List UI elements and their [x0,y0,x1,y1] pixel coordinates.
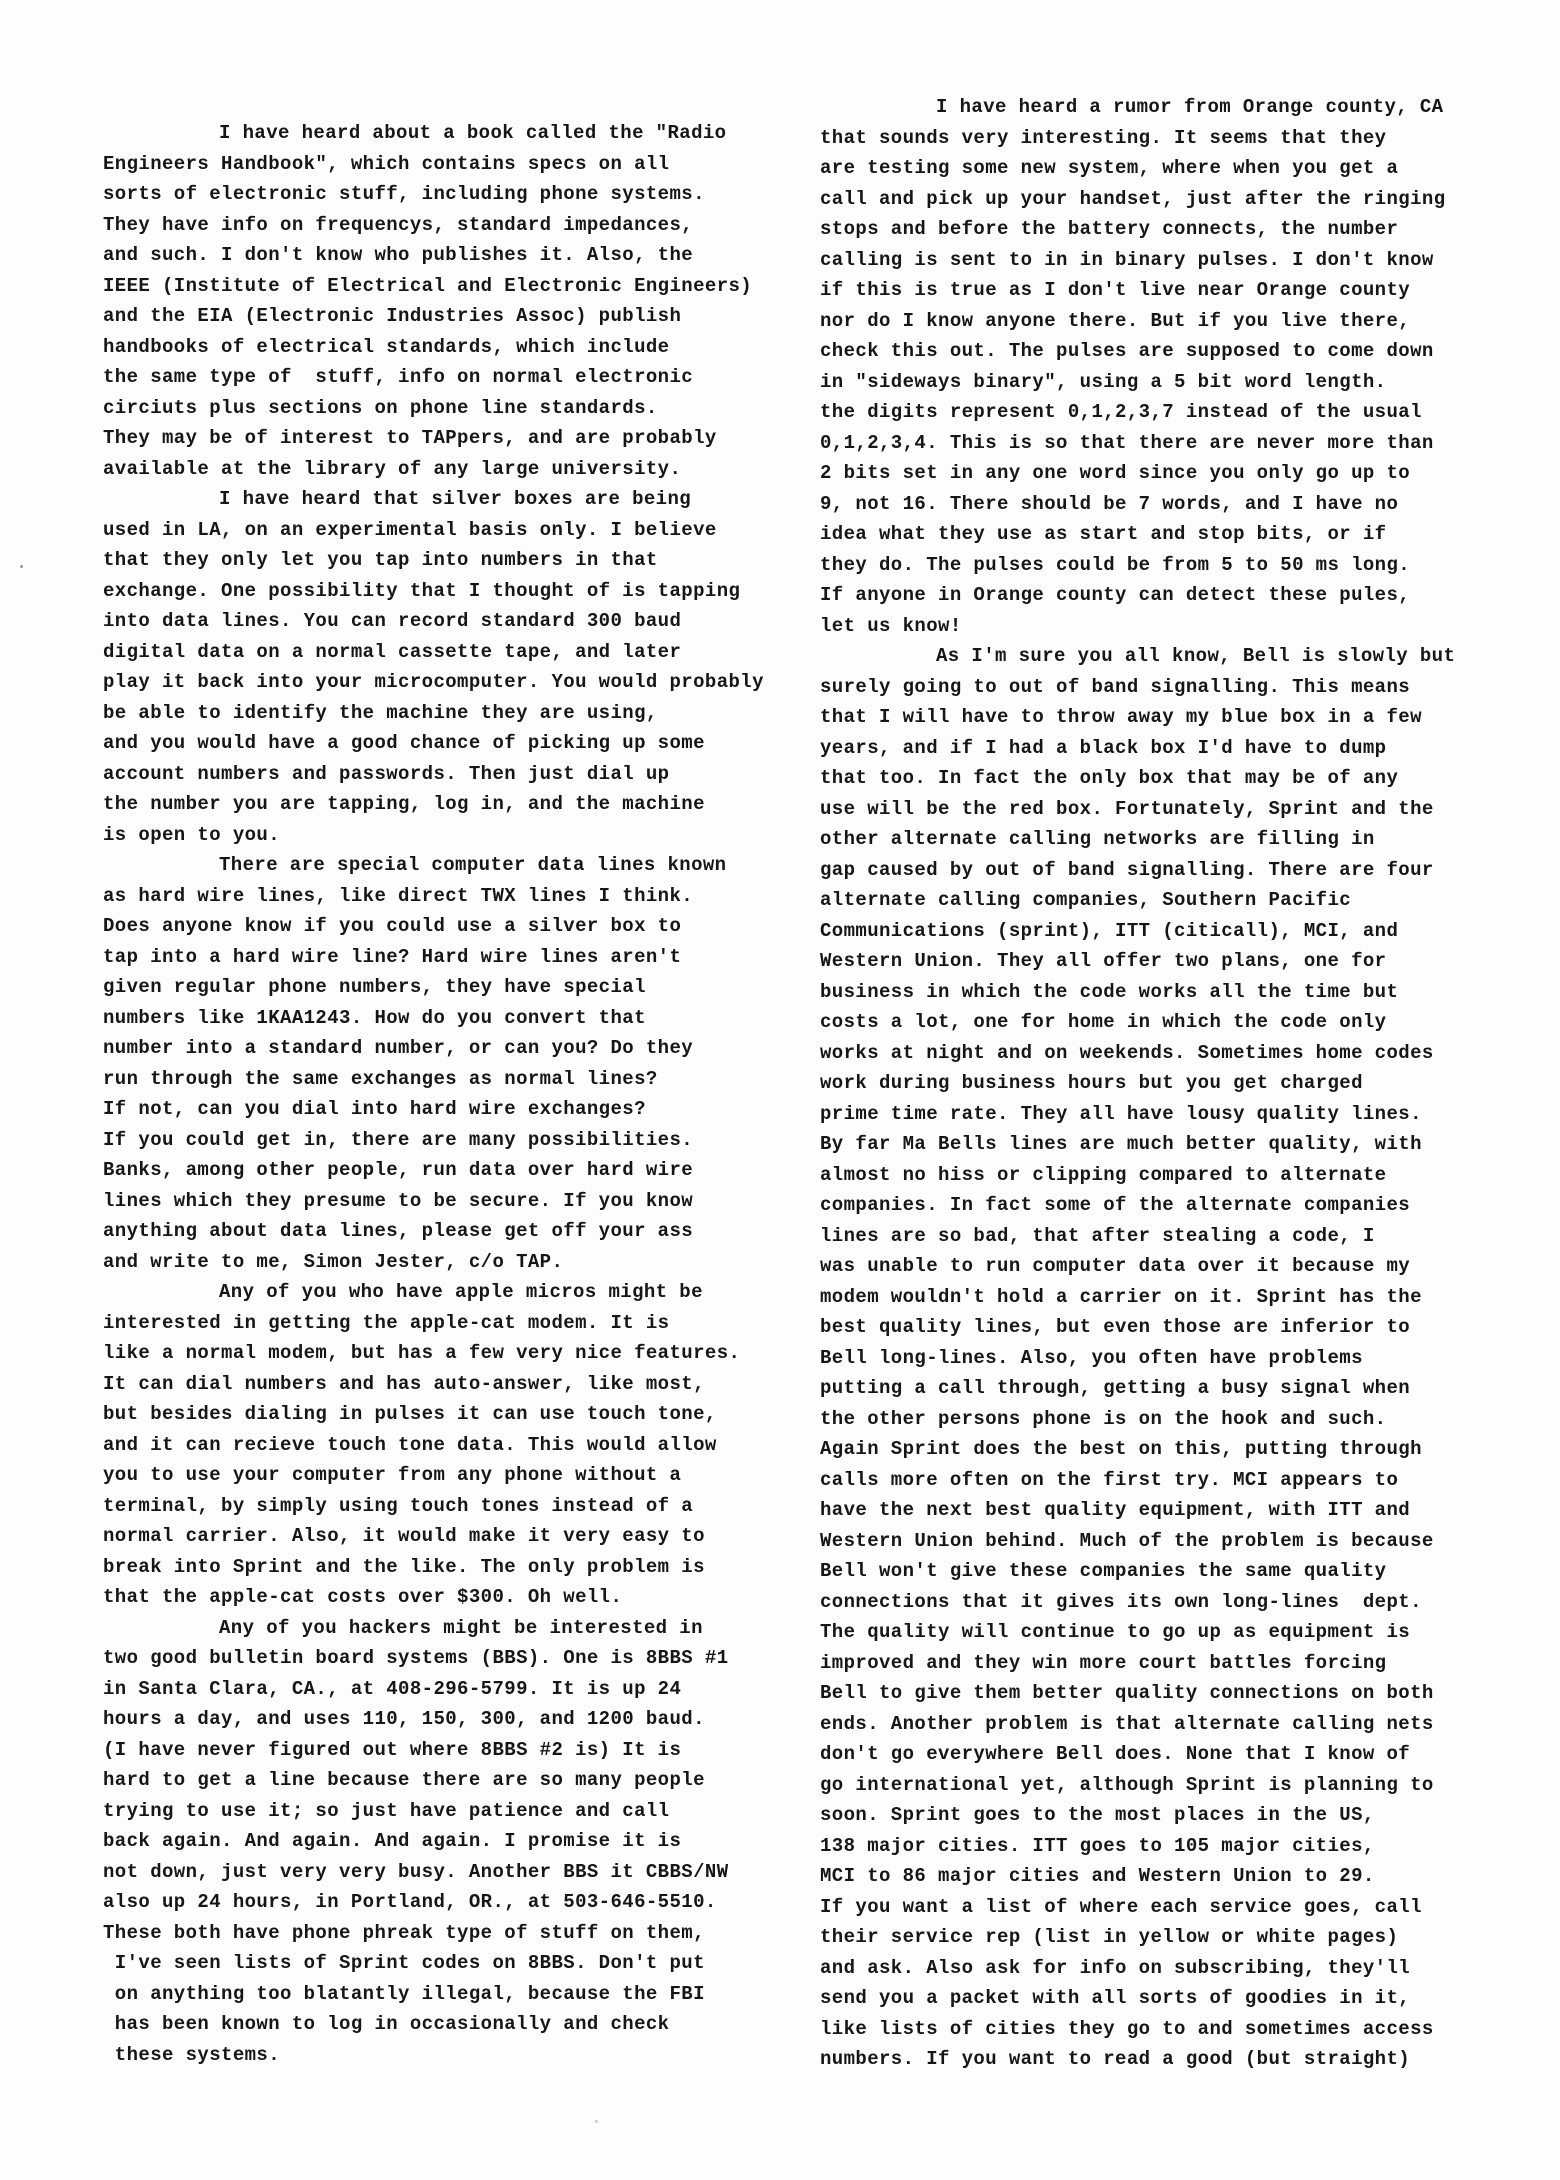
text-line: check this out. The pulses are supposed … [820,336,1520,367]
text-line: you to use your computer from any phone … [103,1460,803,1491]
text-line: Banks, among other people, run data over… [103,1155,803,1186]
text-line: and it can recieve touch tone data. This… [103,1430,803,1461]
text-line: They may be of interest to TAPpers, and … [103,423,803,454]
text-line: Bell won't give these companies the same… [820,1556,1520,1587]
text-line: hard to get a line because there are so … [103,1765,803,1796]
text-line: As I'm sure you all know, Bell is slowly… [820,641,1520,672]
text-line: putting a call through, getting a busy s… [820,1373,1520,1404]
text-line: the digits represent 0,1,2,3,7 instead o… [820,397,1520,428]
text-line: almost no hiss or clipping compared to a… [820,1160,1520,1191]
text-line: idea what they use as start and stop bit… [820,519,1520,550]
text-line: 2 bits set in any one word since you onl… [820,458,1520,489]
text-line: Any of you hackers might be interested i… [103,1613,803,1644]
text-line: costs a lot, one for home in which the c… [820,1007,1520,1038]
text-line: if this is true as I don't live near Ora… [820,275,1520,306]
text-line: given regular phone numbers, they have s… [103,972,803,1003]
text-line: companies. In fact some of the alternate… [820,1190,1520,1221]
paragraph: I have heard about a book called the "Ra… [103,118,803,484]
text-line: handbooks of electrical standards, which… [103,332,803,363]
text-line: on anything too blatantly illegal, becau… [103,1979,803,2010]
text-line: MCI to 86 major cities and Western Union… [820,1861,1520,1892]
text-line: I have heard that silver boxes are being [103,484,803,515]
text-line: soon. Sprint goes to the most places in … [820,1800,1520,1831]
text-line: IEEE (Institute of Electrical and Electr… [103,271,803,302]
text-line: Bell to give them better quality connect… [820,1678,1520,1709]
text-line: I have heard about a book called the "Ra… [103,118,803,149]
text-line: alternate calling companies, Southern Pa… [820,885,1520,916]
paragraph: I have heard that silver boxes are being… [103,484,803,850]
scan-speck [595,2120,598,2123]
text-line: I have heard a rumor from Orange county,… [820,92,1520,123]
text-line: improved and they win more court battles… [820,1648,1520,1679]
text-line: as hard wire lines, like direct TWX line… [103,881,803,912]
text-line: terminal, by simply using touch tones in… [103,1491,803,1522]
text-line: the other persons phone is on the hook a… [820,1404,1520,1435]
text-line: used in LA, on an experimental basis onl… [103,515,803,546]
right-column: I have heard a rumor from Orange county,… [820,92,1520,2075]
text-line: connections that it gives its own long-l… [820,1587,1520,1618]
text-line: normal carrier. Also, it would make it v… [103,1521,803,1552]
text-line: 0,1,2,3,4. This is so that there are nev… [820,428,1520,459]
text-line: Western Union behind. Much of the proble… [820,1526,1520,1557]
scanned-newsletter-page: I have heard about a book called the "Ra… [0,0,1560,2180]
text-line: exchange. One possibility that I thought… [103,576,803,607]
text-line: business in which the code works all the… [820,977,1520,1008]
text-line: These both have phone phreak type of stu… [103,1918,803,1949]
text-line: sorts of electronic stuff, including pho… [103,179,803,210]
text-line: They have info on frequencys, standard i… [103,210,803,241]
text-line: If not, can you dial into hard wire exch… [103,1094,803,1125]
text-line: I've seen lists of Sprint codes on 8BBS.… [103,1948,803,1979]
text-line: has been known to log in occasionally an… [103,2009,803,2040]
text-line: best quality lines, but even those are i… [820,1312,1520,1343]
text-line: modem wouldn't hold a carrier on it. Spr… [820,1282,1520,1313]
text-line: hours a day, and uses 110, 150, 300, and… [103,1704,803,1735]
text-line: but besides dialing in pulses it can use… [103,1399,803,1430]
text-line: By far Ma Bells lines are much better qu… [820,1129,1520,1160]
text-line: into data lines. You can record standard… [103,606,803,637]
text-line: that I will have to throw away my blue b… [820,702,1520,733]
text-line: works at night and on weekends. Sometime… [820,1038,1520,1069]
text-line: numbers. If you want to read a good (but… [820,2044,1520,2075]
text-line: work during business hours but you get c… [820,1068,1520,1099]
text-line: calling is sent to in in binary pulses. … [820,245,1520,276]
text-line: years, and if I had a black box I'd have… [820,733,1520,764]
text-line: that they only let you tap into numbers … [103,545,803,576]
paragraph: There are special computer data lines kn… [103,850,803,1277]
paragraph: Any of you who have apple micros might b… [103,1277,803,1613]
text-line: back again. And again. And again. I prom… [103,1826,803,1857]
text-line: use will be the red box. Fortunately, Sp… [820,794,1520,825]
text-line: It can dial numbers and has auto-answer,… [103,1369,803,1400]
text-line: these systems. [103,2040,803,2071]
text-line: like lists of cities they go to and some… [820,2014,1520,2045]
text-line: go international yet, although Sprint is… [820,1770,1520,1801]
text-line: lines which they presume to be secure. I… [103,1186,803,1217]
text-line: tap into a hard wire line? Hard wire lin… [103,942,803,973]
text-line: surely going to out of band signalling. … [820,672,1520,703]
text-line: two good bulletin board systems (BBS). O… [103,1643,803,1674]
paragraph: Any of you hackers might be interested i… [103,1613,803,2071]
text-line: in "sideways binary", using a 5 bit word… [820,367,1520,398]
text-line: If you could get in, there are many poss… [103,1125,803,1156]
text-line: other alternate calling networks are fil… [820,824,1520,855]
text-line: is open to you. [103,820,803,851]
text-line: Engineers Handbook", which contains spec… [103,149,803,180]
text-line: have the next best quality equipment, wi… [820,1495,1520,1526]
text-line: Bell long-lines. Also, you often have pr… [820,1343,1520,1374]
text-line: break into Sprint and the like. The only… [103,1552,803,1583]
text-line: circiuts plus sections on phone line sta… [103,393,803,424]
text-line: digital data on a normal cassette tape, … [103,637,803,668]
text-line: nor do I know anyone there. But if you l… [820,306,1520,337]
text-line: let us know! [820,611,1520,642]
text-line: the number you are tapping, log in, and … [103,789,803,820]
text-line: (I have never figured out where 8BBS #2 … [103,1735,803,1766]
left-column: I have heard about a book called the "Ra… [103,118,803,2070]
text-line: and you would have a good chance of pick… [103,728,803,759]
text-line: be able to identify the machine they are… [103,698,803,729]
text-line: not down, just very very busy. Another B… [103,1857,803,1888]
text-line: and write to me, Simon Jester, c/o TAP. [103,1247,803,1278]
text-line: trying to use it; so just have patience … [103,1796,803,1827]
text-line: send you a packet with all sorts of good… [820,1983,1520,2014]
text-line: There are special computer data lines kn… [103,850,803,881]
text-line: don't go everywhere Bell does. None that… [820,1739,1520,1770]
text-line: calls more often on the first try. MCI a… [820,1465,1520,1496]
text-line: and such. I don't know who publishes it.… [103,240,803,271]
text-line: play it back into your microcomputer. Yo… [103,667,803,698]
text-line: run through the same exchanges as normal… [103,1064,803,1095]
text-line: Does anyone know if you could use a silv… [103,911,803,942]
text-line: they do. The pulses could be from 5 to 5… [820,550,1520,581]
paragraph: I have heard a rumor from Orange county,… [820,92,1520,641]
text-line: lines are so bad, that after stealing a … [820,1221,1520,1252]
text-line: Any of you who have apple micros might b… [103,1277,803,1308]
text-line: Western Union. They all offer two plans,… [820,946,1520,977]
text-line: are testing some new system, where when … [820,153,1520,184]
text-line: also up 24 hours, in Portland, OR., at 5… [103,1887,803,1918]
scan-speck [20,565,23,568]
text-line: was unable to run computer data over it … [820,1251,1520,1282]
text-line: 9, not 16. There should be 7 words, and … [820,489,1520,520]
text-line: prime time rate. They all have lousy qua… [820,1099,1520,1130]
text-line: The quality will continue to go up as eq… [820,1617,1520,1648]
text-line: the same type of stuff, info on normal e… [103,362,803,393]
text-line: gap caused by out of band signalling. Th… [820,855,1520,886]
text-line: call and pick up your handset, just afte… [820,184,1520,215]
paragraph: As I'm sure you all know, Bell is slowly… [820,641,1520,2075]
text-line: that too. In fact the only box that may … [820,763,1520,794]
text-line: account numbers and passwords. Then just… [103,759,803,790]
text-line: stops and before the battery connects, t… [820,214,1520,245]
text-line: 138 major cities. ITT goes to 105 major … [820,1831,1520,1862]
text-line: anything about data lines, please get of… [103,1216,803,1247]
text-line: that the apple-cat costs over $300. Oh w… [103,1582,803,1613]
text-line: and the EIA (Electronic Industries Assoc… [103,301,803,332]
text-line: that sounds very interesting. It seems t… [820,123,1520,154]
text-line: Again Sprint does the best on this, putt… [820,1434,1520,1465]
text-line: in Santa Clara, CA., at 408-296-5799. It… [103,1674,803,1705]
text-line: ends. Another problem is that alternate … [820,1709,1520,1740]
text-line: If anyone in Orange county can detect th… [820,580,1520,611]
text-line: numbers like 1KAA1243. How do you conver… [103,1003,803,1034]
text-line: number into a standard number, or can yo… [103,1033,803,1064]
text-line: If you want a list of where each service… [820,1892,1520,1923]
text-line: available at the library of any large un… [103,454,803,485]
text-line: interested in getting the apple-cat mode… [103,1308,803,1339]
text-line: Communications (sprint), ITT (citicall),… [820,916,1520,947]
text-line: and ask. Also ask for info on subscribin… [820,1953,1520,1984]
text-line: their service rep (list in yellow or whi… [820,1922,1520,1953]
text-line: like a normal modem, but has a few very … [103,1338,803,1369]
